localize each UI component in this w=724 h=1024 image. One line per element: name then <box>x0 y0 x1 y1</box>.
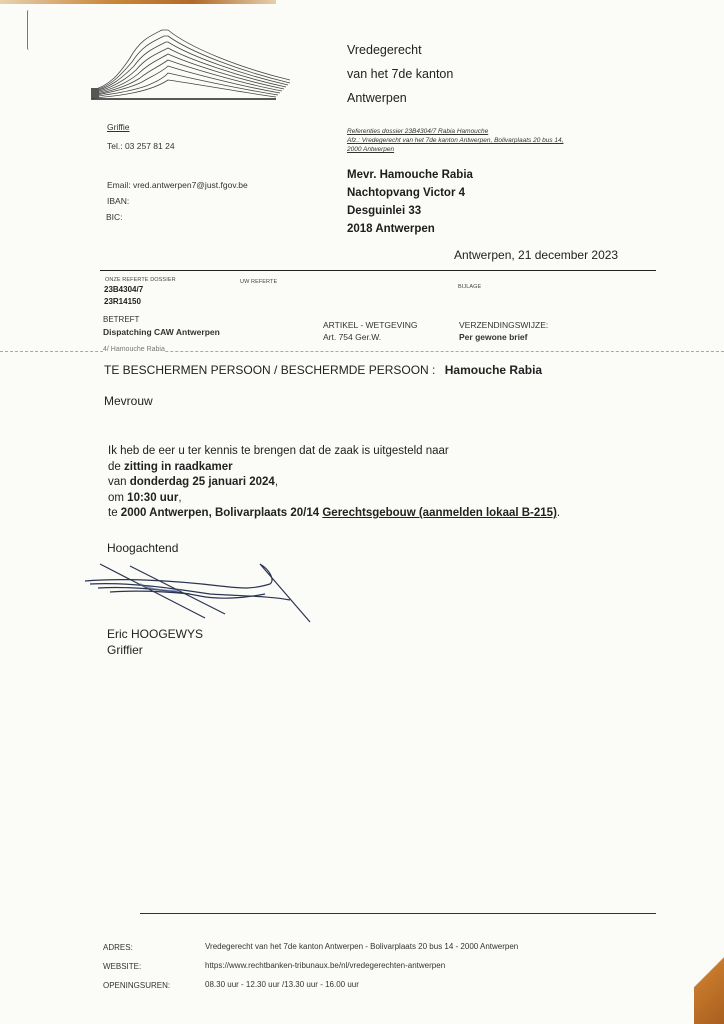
our-ref-label: ONZE REFERTE DOSSIER <box>105 277 176 283</box>
body-location-line: te 2000 Antwerpen, Bolivarplaats 20/14 G… <box>108 506 560 522</box>
text: . <box>557 507 560 519</box>
signatory-title: Griffier <box>107 642 203 658</box>
recipient-line2: Nachtopvang Victor 4 <box>347 184 473 202</box>
article-label: ARTIKEL - WETGEVING <box>323 320 417 330</box>
session-date: donderdag 25 januari 2024 <box>130 476 275 488</box>
our-ref-2: 23R14150 <box>104 297 141 306</box>
session-address: 2000 Antwerpen, Bolivarplaats 20/14 <box>121 507 323 519</box>
signature-icon <box>80 560 320 632</box>
footer-address-label: ADRES: <box>103 938 170 957</box>
recipient-name: Mevr. Hamouche Rabia <box>347 166 473 184</box>
header-divider <box>100 270 656 271</box>
footer-address: Vredegerecht van het 7de kanton Antwerpe… <box>205 937 518 956</box>
body-date-line: van donderdag 25 januari 2024, <box>108 475 560 491</box>
annex-label: BIJLAGE <box>458 284 481 290</box>
iban-label: IBAN: <box>107 196 129 206</box>
text: van <box>108 476 130 488</box>
table-edge <box>694 904 724 1024</box>
text: te <box>108 507 121 519</box>
salutation: Mevrouw <box>104 394 153 408</box>
subject-label: BETREFT <box>103 315 139 324</box>
bic-label: BIC: <box>106 212 123 222</box>
reference-block: Referenties dossier 23B4304/7 Rabia Hamo… <box>347 127 563 154</box>
reference-sender: Afz.: Vredegerecht van het 7de kanton An… <box>347 136 563 145</box>
email-address[interactable]: Email: vred.antwerpen7@just.fgov.be <box>107 180 248 190</box>
session-time: 10:30 uur <box>127 492 178 504</box>
protected-person-label: TE BESCHERMEN PERSOON / BESCHERMDE PERSO… <box>104 363 435 377</box>
footer-divider <box>140 913 656 914</box>
session-type: zitting in raadkamer <box>124 461 233 473</box>
letter-body: Ik heb de eer u ter kennis te brengen da… <box>108 444 560 522</box>
paper-stain <box>0 0 276 4</box>
protected-person-line: TE BESCHERMEN PERSOON / BESCHERMDE PERSO… <box>104 363 542 377</box>
punch-mark <box>27 10 31 50</box>
court-header: Vredegerecht van het 7de kanton Antwerpe… <box>347 38 453 110</box>
text: , <box>178 492 181 504</box>
body-session-line: de zitting in raadkamer <box>108 460 560 476</box>
footer-hours-label: OPENINGSUREN: <box>103 976 170 995</box>
recipient-street: Desguinlei 33 <box>347 202 473 220</box>
text: , <box>275 476 278 488</box>
footer-hours: 08.30 uur - 12.30 uur /13.30 uur - 16.00… <box>205 975 518 994</box>
footer-website-label: WEBSITE: <box>103 957 170 976</box>
shipping-label: VERZENDINGSWIJZE: <box>459 320 548 330</box>
letter-date: Antwerpen, 21 december 2023 <box>454 248 618 262</box>
recipient-city: 2018 Antwerpen <box>347 220 473 238</box>
your-ref-label: UW REFERTE <box>240 279 277 285</box>
reference-dossier: Referenties dossier 23B4304/7 Rabia Hamo… <box>347 127 563 136</box>
footer-labels: ADRES: WEBSITE: OPENINGSUREN: <box>103 938 170 995</box>
recipient-address: Mevr. Hamouche Rabia Nachtopvang Victor … <box>347 166 473 238</box>
court-name: Vredegerecht <box>347 38 453 62</box>
footer-website-link[interactable]: https://www.rechtbanken-tribunaux.be/nl/… <box>205 956 518 975</box>
text: de <box>108 461 124 473</box>
phone-number: Tel.: 03 257 81 24 <box>107 141 175 151</box>
court-logo-icon <box>90 28 290 100</box>
department-label: Griffie <box>107 122 130 132</box>
our-ref-1: 23B4304/7 <box>104 285 143 294</box>
body-intro: Ik heb de eer u ter kennis te brengen da… <box>108 444 560 460</box>
text: om <box>108 492 127 504</box>
protected-person-name: Hamouche Rabia <box>445 363 542 377</box>
footer-values: Vredegerecht van het 7de kanton Antwerpe… <box>205 937 518 994</box>
shipping-value: Per gewone brief <box>459 332 528 342</box>
subject-value: Dispatching CAW Antwerpen <box>103 327 220 337</box>
body-time-line: om 10:30 uur, <box>108 491 560 507</box>
signatory: Eric HOOGEWYS Griffier <box>107 626 203 658</box>
court-canton: van het 7de kanton <box>347 62 453 86</box>
subject-sub: 4/ Hamouche Rabia <box>103 346 165 353</box>
reference-sender-city: 2000 Antwerpen <box>347 145 563 154</box>
court-city: Antwerpen <box>347 86 453 110</box>
signatory-name: Eric HOOGEWYS <box>107 626 203 642</box>
article-value: Art. 754 Ger.W. <box>323 332 381 342</box>
session-room: Gerechtsgebouw (aanmelden lokaal B-215) <box>322 507 557 519</box>
closing: Hoogachtend <box>107 541 178 555</box>
